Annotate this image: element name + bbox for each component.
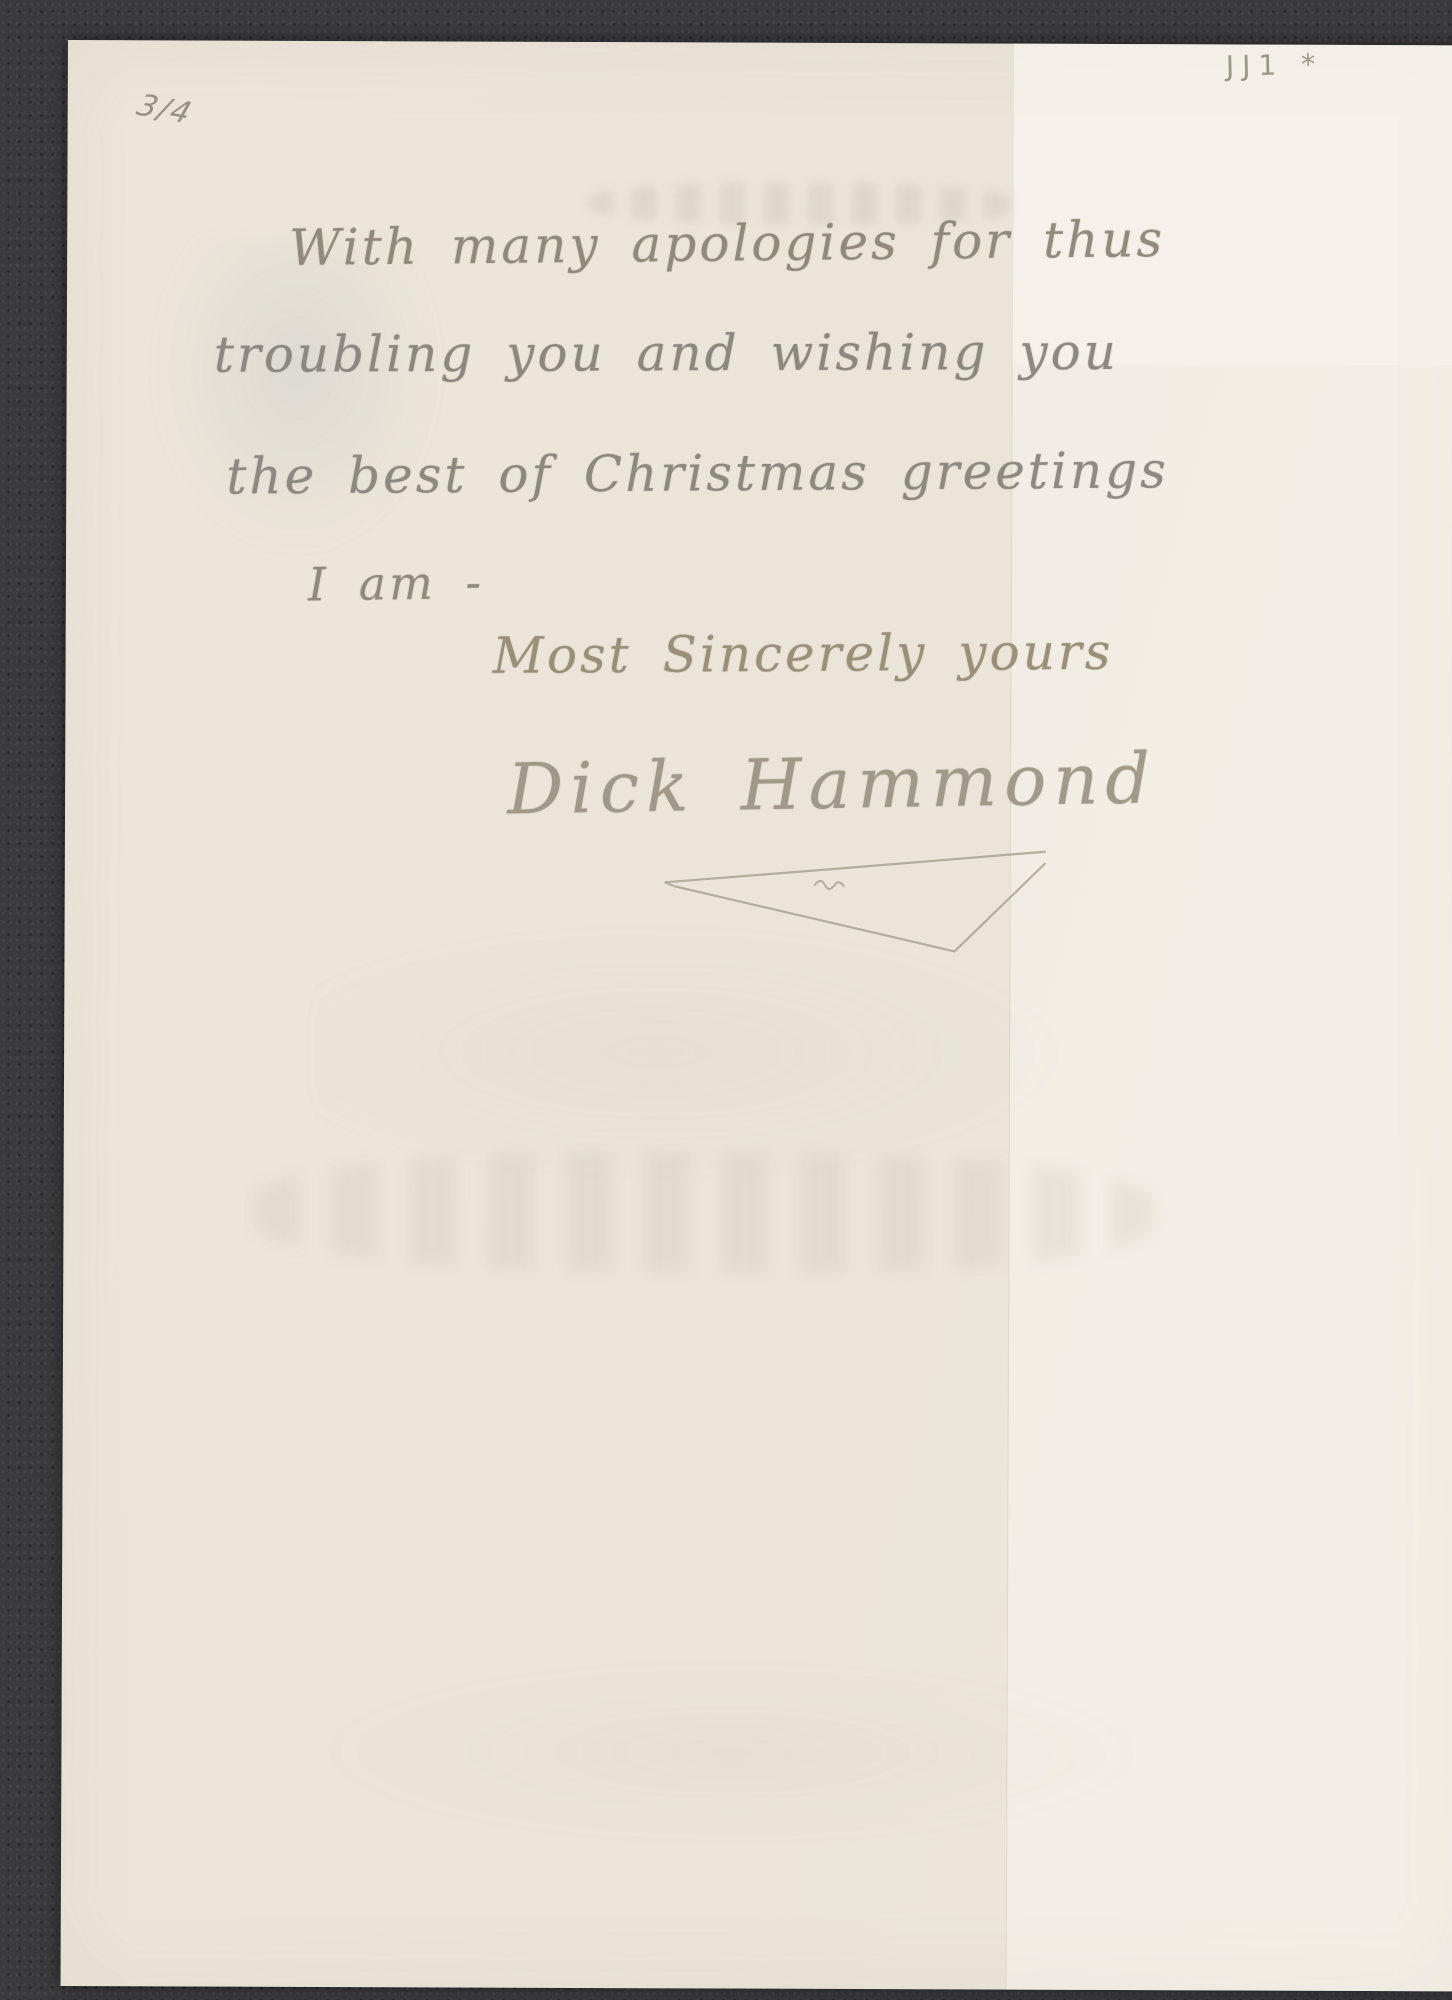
letter-closing-line: Most Sincerely yours [492,623,1113,685]
showthrough-ghost [141,235,452,566]
signature: Dick Hammond [506,737,1157,830]
signature-flourish [484,832,1085,974]
letter-line: the best of Christmas greetings [226,441,1169,505]
letter-line: troubling you and wishing you [214,323,1119,384]
page-seam-strip-top [1012,44,1452,366]
letter-line: I am - [308,555,485,611]
archival-mark-catalog-code: JJ1 * [1226,48,1324,83]
letter-line: With many apologies for thus [289,210,1166,277]
archival-mark-page-number: 3/4 [133,88,197,131]
scan-background: 3/4 JJ1 * With many apologies for thus t… [0,0,1452,2000]
letter-page: 3/4 JJ1 * With many apologies for thus t… [61,40,1452,1991]
